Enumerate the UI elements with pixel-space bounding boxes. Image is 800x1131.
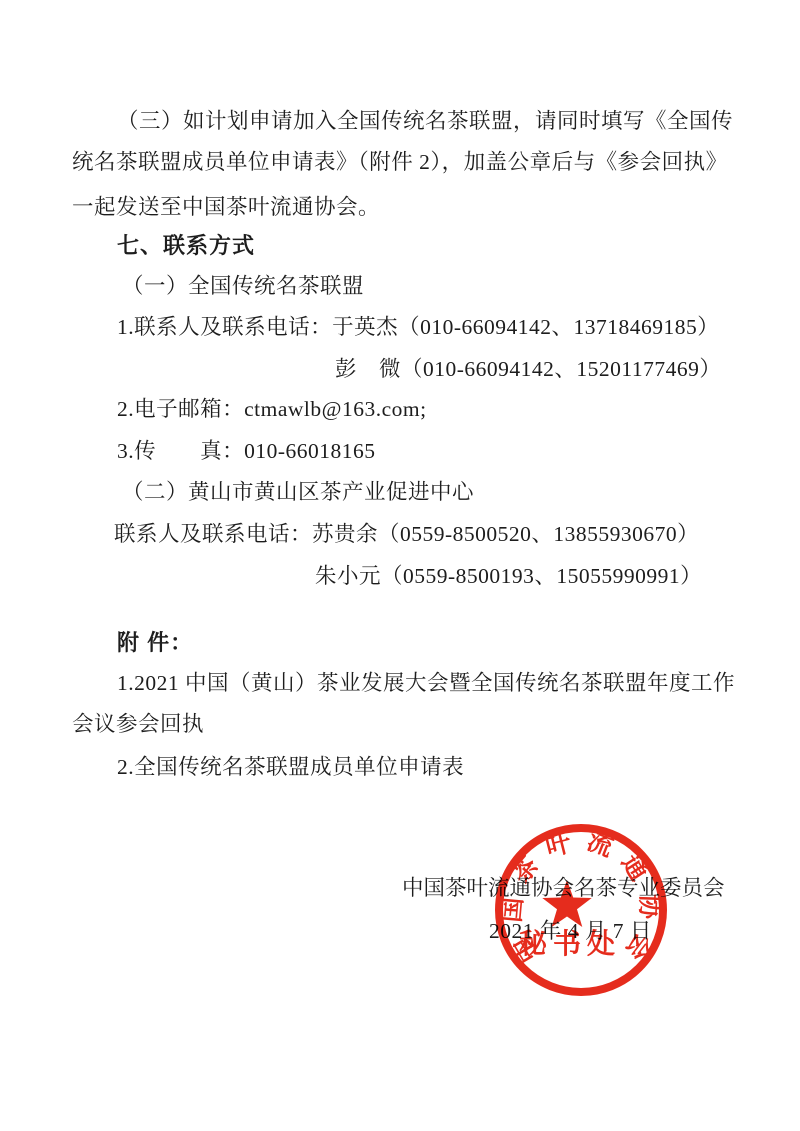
alliance-fax-line: 3.传 真：010-66018165 [117,438,376,464]
seal-star-icon [542,880,591,927]
huangshan-contact-line-1: 联系人及联系电话：苏贵余（0559-8500520、13855930670） [114,521,699,547]
document-page: （三）如计划申请加入全国传统名茶联盟，请同时填写《全国传 统名茶联盟成员单位申请… [0,0,800,1131]
attachments-heading: 附 件： [117,630,193,656]
para-three-line-1: （三）如计划申请加入全国传统名茶联盟，请同时填写《全国传 [117,108,733,134]
para-three-line-3: 一起发送至中国茶叶流通协会。 [72,194,380,220]
attachment-2: 2.全国传统名茶联盟成员单位申请表 [117,754,464,780]
alliance-heading: （一）全国传统名茶联盟 [122,273,364,299]
section-seven-heading: 七、联系方式 [117,233,255,259]
para-three-line-2: 统名茶联盟成员单位申请表》（附件 2），加盖公章后与《参会回执》 [72,149,728,175]
attachment-1-line-2: 会议参会回执 [72,711,204,737]
huangshan-contact-line-2: 朱小元（0559-8500193、15055990991） [315,563,702,589]
alliance-email-line: 2.电子邮箱：ctmawlb@163.com; [117,396,427,422]
huangshan-heading: （二）黄山市黄山区茶产业促进中心 [122,479,474,505]
seal-bottom-text: 秘书处 [519,928,621,960]
official-seal: 中国茶叶流通协会 秘书处 [481,810,681,1010]
alliance-contact-line-1: 1.联系人及联系电话：于英杰（010-66094142、13718469185） [117,314,719,340]
alliance-contact-line-2: 彭 微（010-66094142、15201177469） [335,356,721,382]
attachment-1-line-1: 1.2021 中国（黄山）茶业发展大会暨全国传统名茶联盟年度工作 [117,670,735,696]
